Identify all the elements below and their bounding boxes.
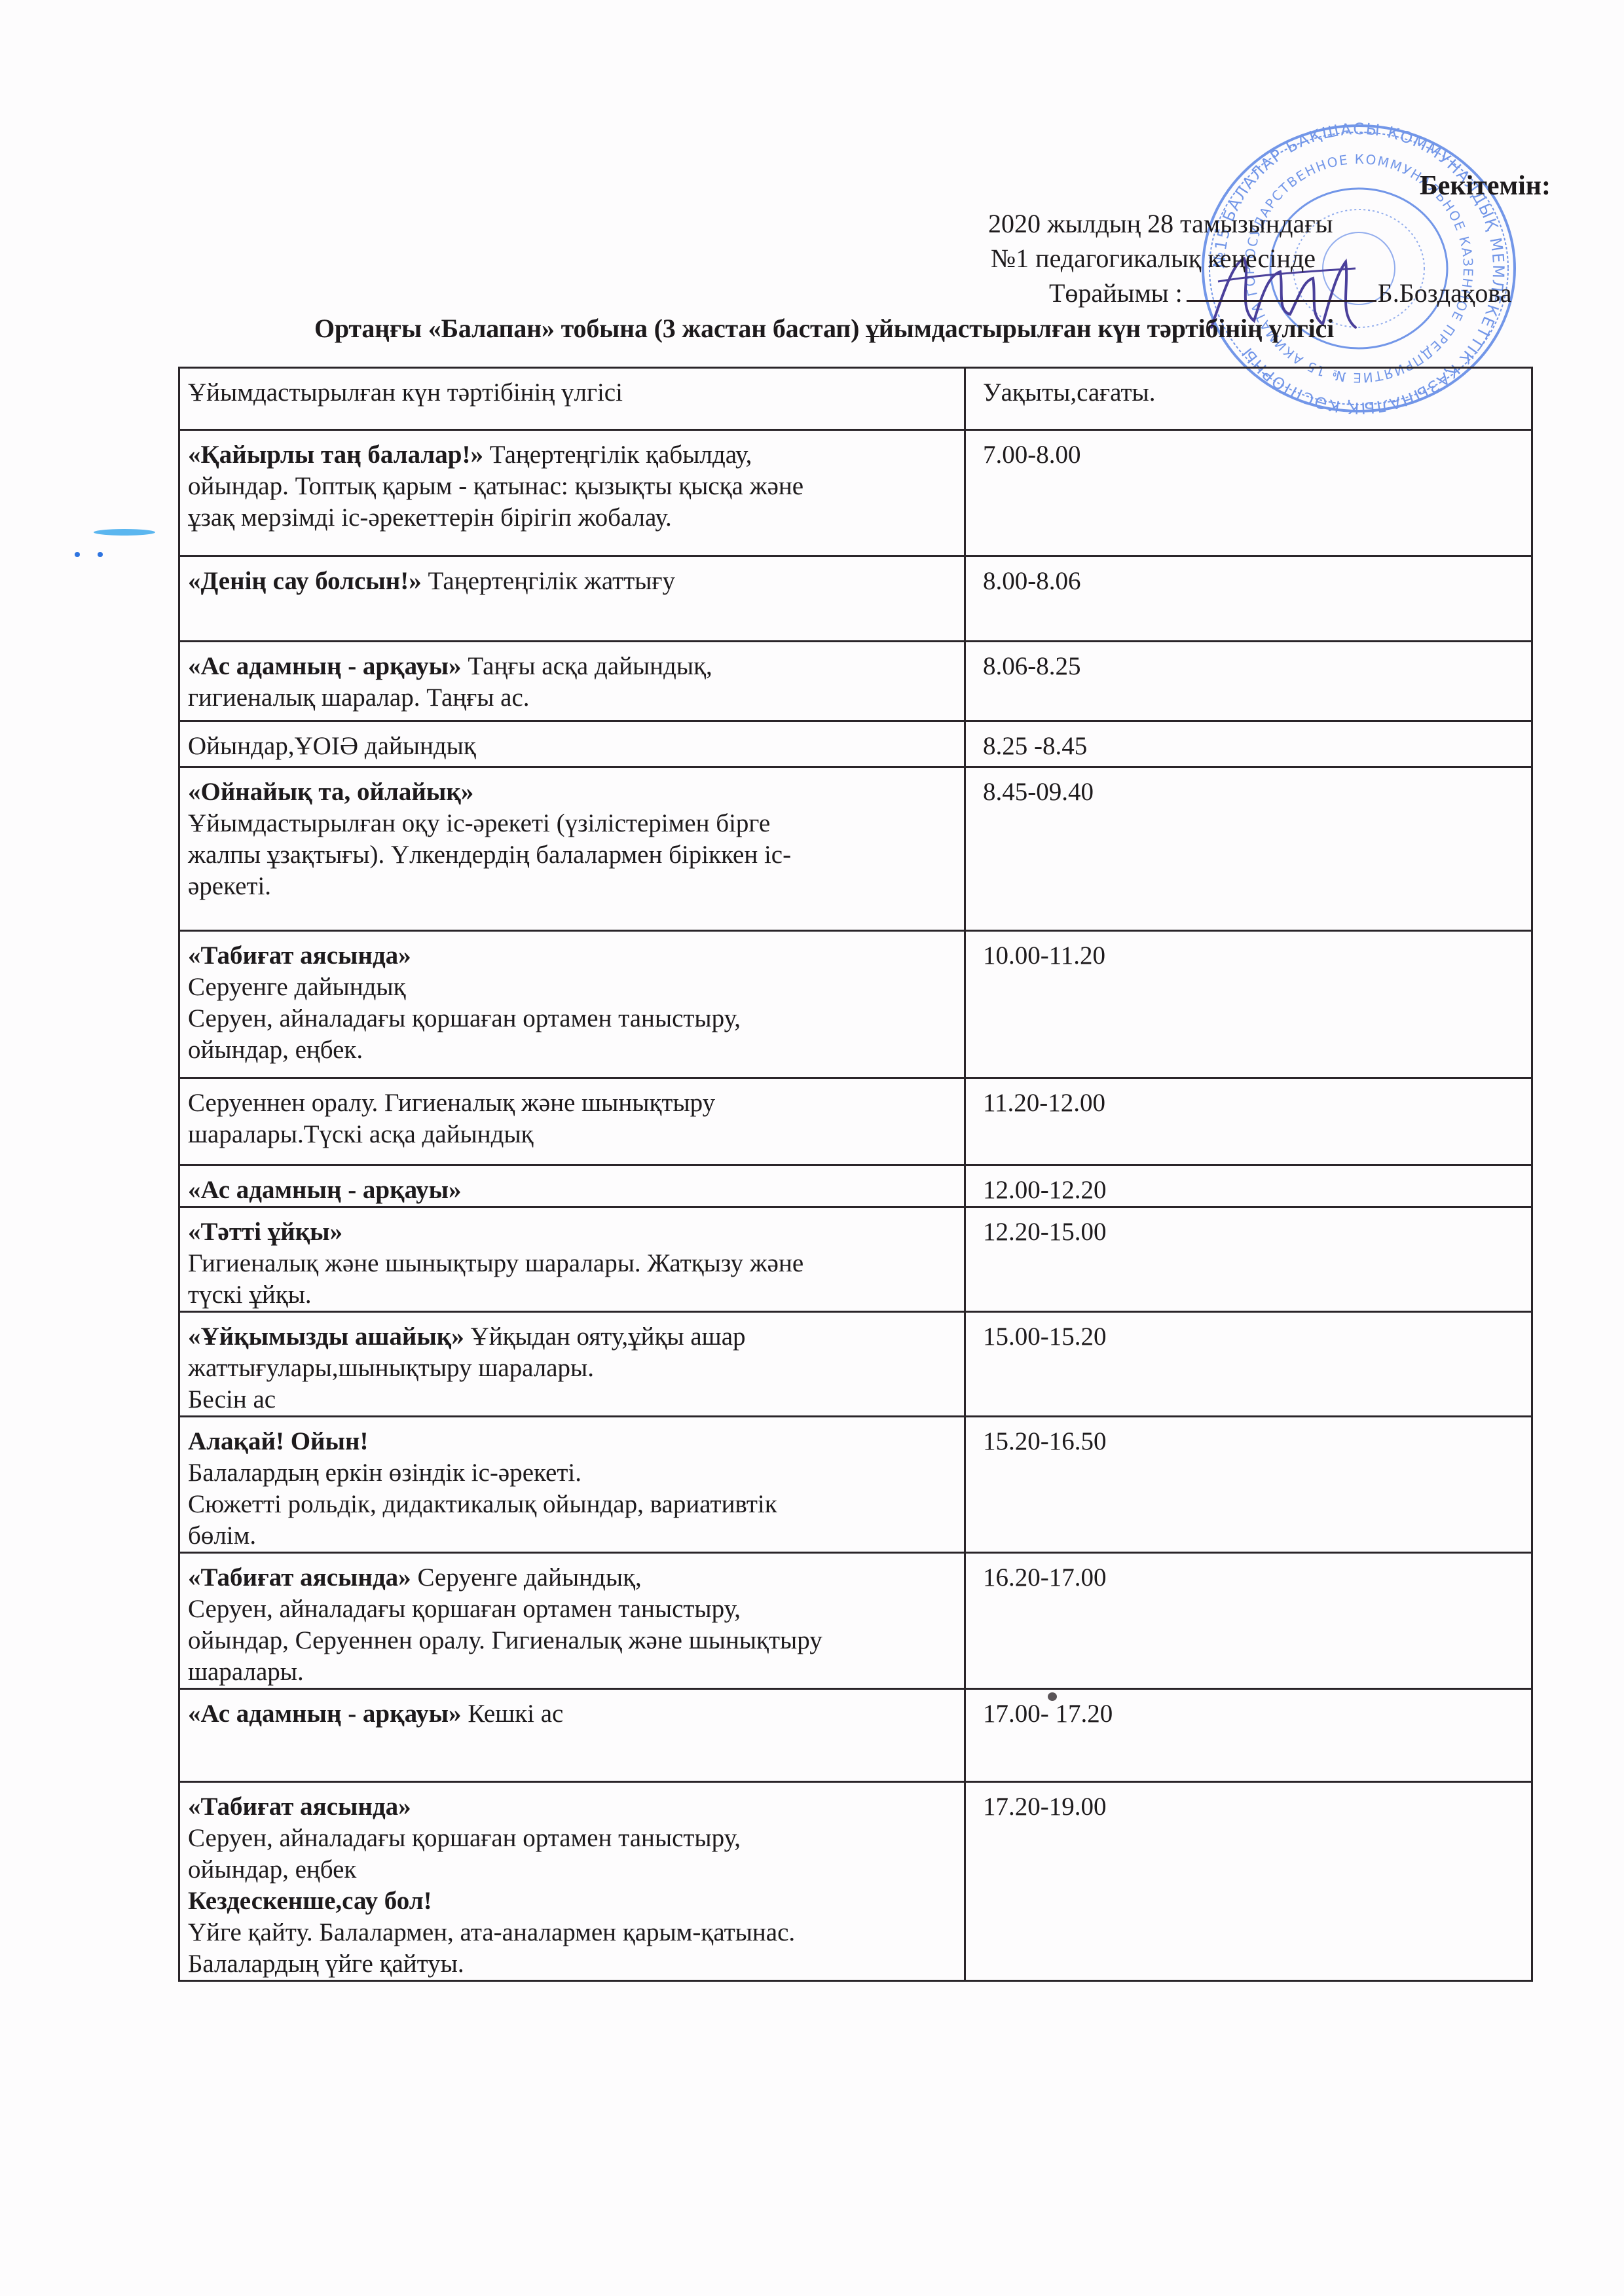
activity-cell: «Табиғат аясында»Серуенге дайындықСеруен… bbox=[179, 931, 965, 1078]
activity-line: Алақай! Ойын! bbox=[188, 1426, 956, 1457]
activity-line: гигиеналық шаралар. Таңғы ас. bbox=[188, 682, 956, 714]
activity-cell: «Ас адамның - арқауы» Кешкі ас bbox=[179, 1689, 965, 1782]
header-time: Уақыты,сағаты. bbox=[965, 368, 1532, 430]
document-title: Ортаңғы «Балапан» тобына (3 жастан баста… bbox=[314, 313, 1334, 344]
activity-cell: «Ас адамның - арқауы» Таңғы асқа дайынды… bbox=[179, 642, 965, 721]
activity-text: Кешкі ас bbox=[462, 1700, 564, 1728]
activity-text: Таңғы асқа дайындық, bbox=[462, 652, 712, 680]
header-activity: Ұйымдастырылған күн тәртібінің үлгісі bbox=[179, 368, 965, 430]
activity-line: «Табиғат аясында» bbox=[188, 940, 956, 972]
activity-text: гигиеналық шаралар. Таңғы ас. bbox=[188, 683, 530, 712]
activity-line: ойындар, еңбек. bbox=[188, 1034, 956, 1066]
activity-text: ойындар, Серуеннен оралу. Гигиеналық жән… bbox=[188, 1626, 822, 1654]
activity-line: жаттығулары,шынықтыру шаралары. bbox=[188, 1353, 956, 1384]
activity-line: Ойындар,ҰОІӘ дайындық bbox=[188, 731, 956, 762]
activity-text: Үйге қайту. Балалармен, ата-аналармен қа… bbox=[188, 1918, 795, 1946]
time-cell: 11.20-12.00 bbox=[965, 1078, 1532, 1165]
time-cell: 7.00-8.00 bbox=[965, 430, 1532, 556]
activity-line: жалпы ұзақтығы). Үлкендердің балалармен … bbox=[188, 839, 956, 871]
activity-heading: «Табиғат аясында» bbox=[188, 941, 411, 970]
time-cell: 8.25 -8.45 bbox=[965, 721, 1532, 767]
approval-date: 2020 жылдың 28 тамызындағы bbox=[988, 211, 1333, 237]
activity-line: Балалардың үйге қайтуы. bbox=[188, 1948, 956, 1980]
activity-text: әрекеті. bbox=[188, 872, 271, 900]
table-row: «Тәтті ұйқы»Гигиеналық және шынықтыру ша… bbox=[179, 1207, 1532, 1312]
time-cell: 12.20-15.00 bbox=[965, 1207, 1532, 1312]
activity-line: әрекеті. bbox=[188, 871, 956, 902]
time-cell: 17.00- 17.20 bbox=[965, 1689, 1532, 1782]
activity-heading: «Денің сау болсын!» bbox=[188, 567, 422, 595]
table-row: «Табиғат аясында» Серуенге дайындық,Серу… bbox=[179, 1553, 1532, 1689]
time-cell: 16.20-17.00 bbox=[965, 1553, 1532, 1689]
activity-line: Сюжетті рольдік, дидактикалық ойындар, в… bbox=[188, 1489, 956, 1520]
approval-council: №1 педагогикалық кеңесінде bbox=[991, 246, 1316, 272]
activity-line: Серуен, айналадағы қоршаған ортамен таны… bbox=[188, 1823, 956, 1854]
activity-text: Серуен, айналадағы қоршаған ортамен таны… bbox=[188, 1004, 741, 1032]
activity-text: Ойындар,ҰОІӘ дайындық bbox=[188, 732, 476, 760]
activity-line: шаралары.Түскі асқа дайындық bbox=[188, 1119, 956, 1150]
time-cell: 10.00-11.20 bbox=[965, 931, 1532, 1078]
ink-dot bbox=[1048, 1692, 1057, 1701]
activity-cell: «Ұйқымызды ашайық» Ұйқыдан ояту,ұйқы аша… bbox=[179, 1312, 965, 1417]
activity-line: Кездескенше,сау бол! bbox=[188, 1886, 956, 1917]
activity-heading: «Ұйқымызды ашайық» bbox=[188, 1322, 464, 1351]
activity-line: «Ас адамның - арқауы» Кешкі ас bbox=[188, 1698, 956, 1730]
activity-line: Серуен, айналадағы қоршаған ортамен таны… bbox=[188, 1003, 956, 1034]
table-row: «Ұйқымызды ашайық» Ұйқыдан ояту,ұйқы аша… bbox=[179, 1312, 1532, 1417]
activity-cell: «Табиғат аясында»Серуен, айналадағы қорш… bbox=[179, 1782, 965, 1981]
activity-text: Таңертеңгілік жаттығу bbox=[422, 567, 675, 595]
activity-line: Серуенге дайындық bbox=[188, 972, 956, 1003]
time-cell: 17.20-19.00 bbox=[965, 1782, 1532, 1981]
activity-cell: «Ас адамның - арқауы» bbox=[179, 1165, 965, 1207]
time-cell: 8.00-8.06 bbox=[965, 556, 1532, 642]
activity-heading: «Қайырлы таң балалар!» bbox=[188, 441, 483, 469]
activity-line: Балалардың еркін өзіндік іс-әрекеті. bbox=[188, 1457, 956, 1489]
activity-text: Таңертеңгілік қабылдау, bbox=[483, 441, 752, 469]
activity-line: «Табиғат аясында» bbox=[188, 1791, 956, 1823]
time-cell: 8.06-8.25 bbox=[965, 642, 1532, 721]
activity-text: Балалардың еркін өзіндік іс-әрекеті. bbox=[188, 1459, 581, 1487]
activity-cell: Серуеннен оралу. Гигиеналық және шынықты… bbox=[179, 1078, 965, 1165]
activity-line: «Ас адамның - арқауы» bbox=[188, 1175, 956, 1206]
activity-text: ойындар, еңбек. bbox=[188, 1036, 363, 1064]
activity-text: Сюжетті рольдік, дидактикалық ойындар, в… bbox=[188, 1490, 777, 1518]
activity-line: «Ұйқымызды ашайық» Ұйқыдан ояту,ұйқы аша… bbox=[188, 1321, 956, 1353]
schedule-table: Ұйымдастырылған күн тәртібінің үлгісі Уа… bbox=[178, 367, 1533, 1982]
activity-line: Серуеннен оралу. Гигиеналық және шынықты… bbox=[188, 1087, 956, 1119]
activity-text: ойындар. Топтық қарым - қатынас: қызықты… bbox=[188, 472, 803, 500]
ink-dot bbox=[98, 552, 103, 557]
table-row: «Ойнайық та, ойлайық»Ұйымдастырылған оқу… bbox=[179, 767, 1532, 931]
activity-text: Серуеннен оралу. Гигиеналық және шынықты… bbox=[188, 1089, 715, 1117]
activity-line: түскі ұйқы. bbox=[188, 1279, 956, 1311]
activity-cell: «Тәтті ұйқы»Гигиеналық және шынықтыру ша… bbox=[179, 1207, 965, 1312]
activity-line: «Ойнайық та, ойлайық» bbox=[188, 776, 956, 808]
chair-label: Төрайымы : bbox=[1049, 278, 1183, 308]
table-row: Ойындар,ҰОІӘ дайындық8.25 -8.45 bbox=[179, 721, 1532, 767]
table-row: «Ас адамның - арқауы» Таңғы асқа дайынды… bbox=[179, 642, 1532, 721]
activity-line: «Тәтті ұйқы» bbox=[188, 1216, 956, 1248]
activity-cell: «Ойнайық та, ойлайық»Ұйымдастырылған оқу… bbox=[179, 767, 965, 931]
activity-line: Ұйымдастырылған оқу іс-әрекеті (үзілісте… bbox=[188, 808, 956, 839]
activity-line: Серуен, айналадағы қоршаған ортамен таны… bbox=[188, 1594, 956, 1625]
activity-line: шаралары. bbox=[188, 1656, 956, 1688]
table-row: Серуеннен оралу. Гигиеналық және шынықты… bbox=[179, 1078, 1532, 1165]
signature-line bbox=[1187, 280, 1376, 302]
table-row: «Қайырлы таң балалар!» Таңертеңгілік қаб… bbox=[179, 430, 1532, 556]
activity-text: Ұйқыдан ояту,ұйқы ашар bbox=[464, 1322, 746, 1351]
table-row: Алақай! Ойын!Балалардың еркін өзіндік іс… bbox=[179, 1417, 1532, 1553]
activity-text: Балалардың үйге қайтуы. bbox=[188, 1950, 464, 1978]
activity-text: Серуен, айналадағы қоршаған ортамен таны… bbox=[188, 1824, 741, 1852]
table-header-row: Ұйымдастырылған күн тәртібінің үлгісі Уа… bbox=[179, 368, 1532, 430]
approval-label: Бекітемін: bbox=[1420, 172, 1551, 200]
activity-text: жаттығулары,шынықтыру шаралары. bbox=[188, 1354, 594, 1382]
activity-cell: «Қайырлы таң балалар!» Таңертеңгілік қаб… bbox=[179, 430, 965, 556]
table-row: «Табиғат аясында»Серуенге дайындықСеруен… bbox=[179, 931, 1532, 1078]
activity-text: Серуенге дайындық bbox=[188, 973, 406, 1001]
activity-text: Гигиеналық және шынықтыру шаралары. Жатқ… bbox=[188, 1249, 803, 1277]
activity-text: Ұйымдастырылған оқу іс-әрекеті (үзілісте… bbox=[188, 809, 770, 837]
activity-line: ойындар. Топтық қарым - қатынас: қызықты… bbox=[188, 471, 956, 502]
activity-line: Гигиеналық және шынықтыру шаралары. Жатқ… bbox=[188, 1248, 956, 1279]
table-row: «Ас адамның - арқауы» Кешкі ас17.00- 17.… bbox=[179, 1689, 1532, 1782]
activity-line: ойындар, еңбек bbox=[188, 1854, 956, 1886]
activity-heading: «Тәтті ұйқы» bbox=[188, 1218, 342, 1246]
activity-line: ойындар, Серуеннен оралу. Гигиеналық жән… bbox=[188, 1625, 956, 1656]
table-row: «Ас адамның - арқауы»12.00-12.20 bbox=[179, 1165, 1532, 1207]
activity-text: ұзақ мерзімді іс-әрекеттерін бірігіп жоб… bbox=[188, 503, 672, 532]
chair-name: Б.Боздақова bbox=[1378, 278, 1512, 308]
activity-text: Серуенге дайындық, bbox=[411, 1563, 642, 1592]
activity-text: бөлім. bbox=[188, 1522, 256, 1550]
activity-cell: Ойындар,ҰОІӘ дайындық bbox=[179, 721, 965, 767]
activity-heading: «Ас адамның - арқауы» bbox=[188, 652, 462, 680]
activity-line: бөлім. bbox=[188, 1520, 956, 1552]
ink-blot bbox=[94, 529, 155, 536]
activity-line: «Қайырлы таң балалар!» Таңертеңгілік қаб… bbox=[188, 439, 956, 471]
activity-line: ұзақ мерзімді іс-әрекеттерін бірігіп жоб… bbox=[188, 502, 956, 534]
activity-heading: «Табиғат аясында» bbox=[188, 1563, 411, 1592]
activity-text: шаралары.Түскі асқа дайындық bbox=[188, 1120, 534, 1148]
activity-heading: Алақай! Ойын! bbox=[188, 1427, 368, 1455]
approval-chair: Төрайымы :Б.Боздақова bbox=[1049, 280, 1511, 306]
activity-heading: «Табиғат аясында» bbox=[188, 1793, 411, 1821]
activity-heading: «Ойнайық та, ойлайық» bbox=[188, 778, 473, 806]
activity-line: Бесін ас bbox=[188, 1384, 956, 1415]
activity-cell: «Табиғат аясында» Серуенге дайындық,Серу… bbox=[179, 1553, 965, 1689]
activity-cell: Алақай! Ойын!Балалардың еркін өзіндік іс… bbox=[179, 1417, 965, 1553]
activity-text: Серуен, айналадағы қоршаған ортамен таны… bbox=[188, 1595, 741, 1623]
activity-line: «Ас адамның - арқауы» Таңғы асқа дайынды… bbox=[188, 651, 956, 682]
table-row: «Денің сау болсын!» Таңертеңгілік жаттығ… bbox=[179, 556, 1532, 642]
activity-line: «Денің сау болсын!» Таңертеңгілік жаттығ… bbox=[188, 566, 956, 597]
activity-heading: Кездескенше,сау бол! bbox=[188, 1887, 432, 1915]
ink-dot bbox=[75, 552, 80, 557]
activity-text: Бесін ас bbox=[188, 1385, 276, 1413]
activity-text: жалпы ұзақтығы). Үлкендердің балалармен … bbox=[188, 841, 791, 869]
time-cell: 15.00-15.20 bbox=[965, 1312, 1532, 1417]
time-cell: 15.20-16.50 bbox=[965, 1417, 1532, 1553]
activity-text: түскі ұйқы. bbox=[188, 1281, 312, 1309]
table-row: «Табиғат аясында»Серуен, айналадағы қорш… bbox=[179, 1782, 1532, 1981]
activity-cell: «Денің сау болсын!» Таңертеңгілік жаттығ… bbox=[179, 556, 965, 642]
activity-line: Үйге қайту. Балалармен, ата-аналармен қа… bbox=[188, 1917, 956, 1948]
activity-heading: «Ас адамның - арқауы» bbox=[188, 1176, 462, 1204]
time-cell: 12.00-12.20 bbox=[965, 1165, 1532, 1207]
time-cell: 8.45-09.40 bbox=[965, 767, 1532, 931]
activity-text: шаралары. bbox=[188, 1658, 304, 1686]
activity-text: ойындар, еңбек bbox=[188, 1855, 356, 1884]
activity-heading: «Ас адамның - арқауы» bbox=[188, 1700, 462, 1728]
activity-line: «Табиғат аясында» Серуенге дайындық, bbox=[188, 1562, 956, 1594]
